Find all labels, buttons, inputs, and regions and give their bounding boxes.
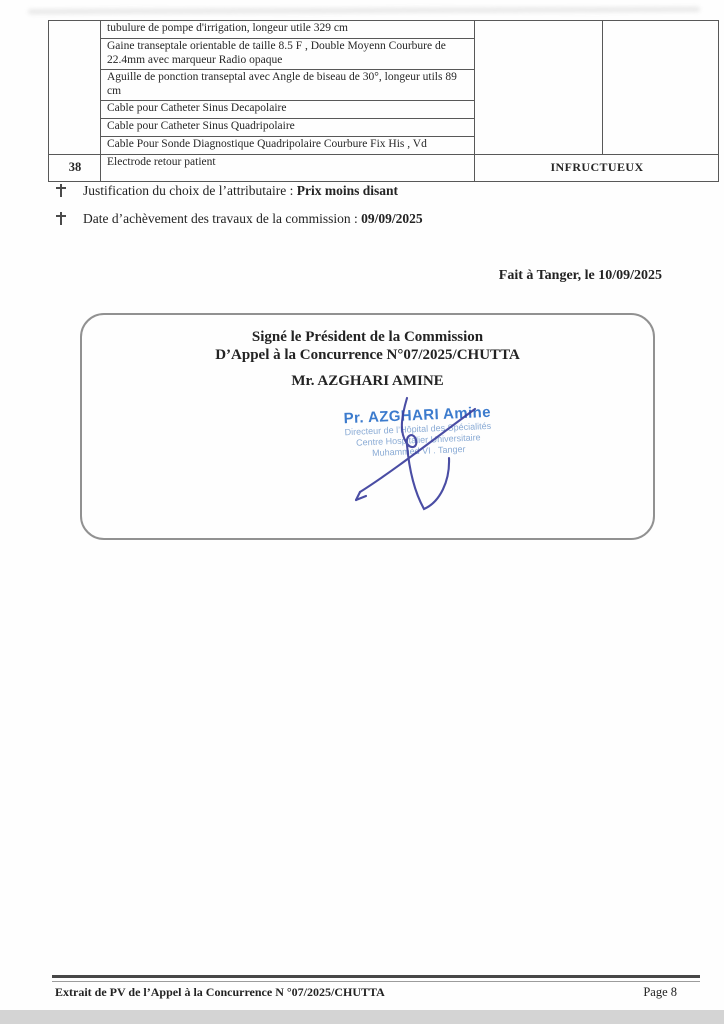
- scan-background-strip: [0, 1010, 724, 1024]
- table-cell-empty: [475, 21, 603, 155]
- item-desc: Aguille de ponction transeptal avec Angl…: [101, 70, 475, 101]
- document-page: tubulure de pompe d'irrigation, longeur …: [0, 0, 724, 1024]
- table-row-lot-38: 38 Electrode retour patient INFRUCTUEUX: [49, 155, 719, 182]
- signer-name: Mr. AZGHARI AMINE: [82, 373, 653, 390]
- arrow-bullet-icon: [56, 184, 66, 197]
- completion-date-line: Date d’achèvement des travaux de la comm…: [56, 211, 423, 227]
- footer-rule-thick: [52, 975, 700, 978]
- footer-page-number: Page 8: [643, 985, 677, 1000]
- justification-line: Justification du choix de l’attributaire…: [56, 183, 398, 199]
- item-desc: tubulure de pompe d'irrigation, longeur …: [101, 21, 475, 39]
- item-desc: Cable Pour Sonde Diagnostique Quadripola…: [101, 137, 475, 155]
- justification-label: Justification du choix de l’attributaire…: [83, 183, 297, 198]
- justification-value: Prix moins disant: [297, 183, 398, 198]
- table-row: tubulure de pompe d'irrigation, longeur …: [49, 21, 719, 39]
- item-desc: Cable pour Catheter Sinus Decapolaire: [101, 101, 475, 119]
- footer-rule-thin: [52, 981, 700, 982]
- arrow-bullet-icon: [56, 212, 66, 225]
- signature-title-line2: D’Appel à la Concurrence N°07/2025/CHUTT…: [82, 346, 653, 364]
- signature-title: Signé le Président de la Commission D’Ap…: [82, 328, 653, 364]
- lot-number: 38: [49, 155, 101, 182]
- lots-table: tubulure de pompe d'irrigation, longeur …: [48, 20, 719, 182]
- table-cell-empty: [603, 21, 719, 155]
- completion-date-value: 09/09/2025: [361, 211, 423, 226]
- dateline: Fait à Tanger, le 10/09/2025: [499, 268, 662, 284]
- footer: Extrait de PV de l’Appel à la Concurrenc…: [55, 985, 677, 1000]
- scan-artifact-top: [28, 7, 700, 14]
- item-desc: Cable pour Catheter Sinus Quadripolaire: [101, 119, 475, 137]
- completion-date-label: Date d’achèvement des travaux de la comm…: [83, 211, 361, 226]
- item-desc: Gaine transeptale orientable de taille 8…: [101, 39, 475, 70]
- footer-document-reference: Extrait de PV de l’Appel à la Concurrenc…: [55, 985, 385, 1000]
- signature-title-line1: Signé le Président de la Commission: [82, 328, 653, 346]
- lot-number-cell-empty: [49, 21, 101, 155]
- lot-status: INFRUCTUEUX: [475, 155, 719, 182]
- handwritten-signature: [352, 390, 482, 525]
- item-desc: Electrode retour patient: [101, 155, 475, 182]
